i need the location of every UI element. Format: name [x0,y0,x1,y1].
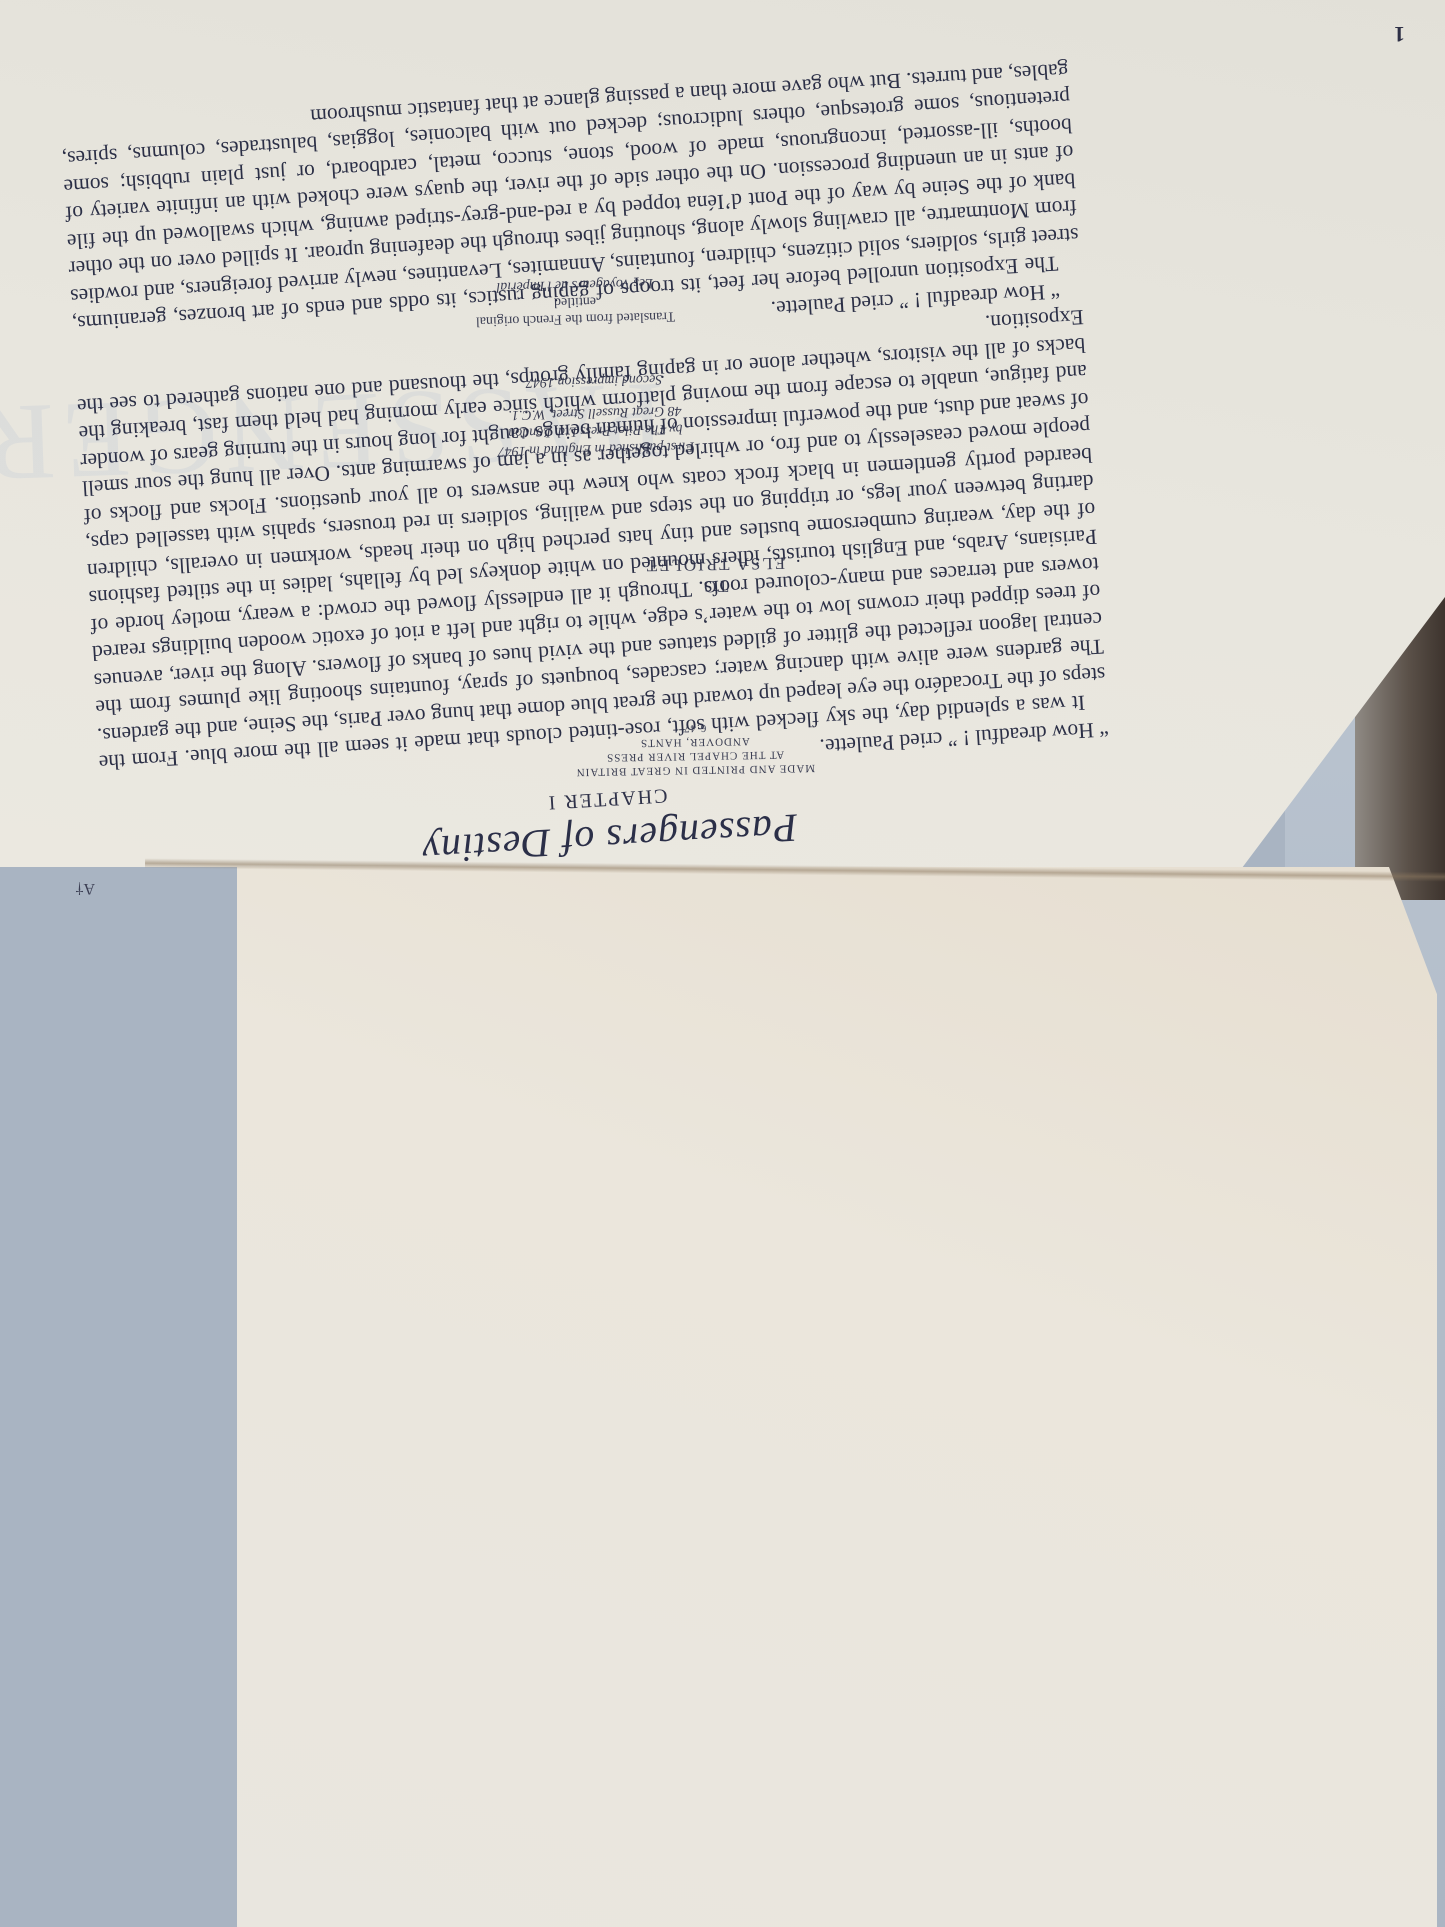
paragraph: It was a splendid day, the sky flecked w… [75,303,1108,776]
chapter-text-block: Passengers of Destiny CHAPTER I “ How dr… [59,56,1115,894]
open-book-photo: PASSENGERS Translated from the French or… [0,0,1445,1927]
front-matter-page [237,867,1437,1927]
signature-mark: A† [75,879,95,897]
page-number: 1 [1394,21,1405,47]
